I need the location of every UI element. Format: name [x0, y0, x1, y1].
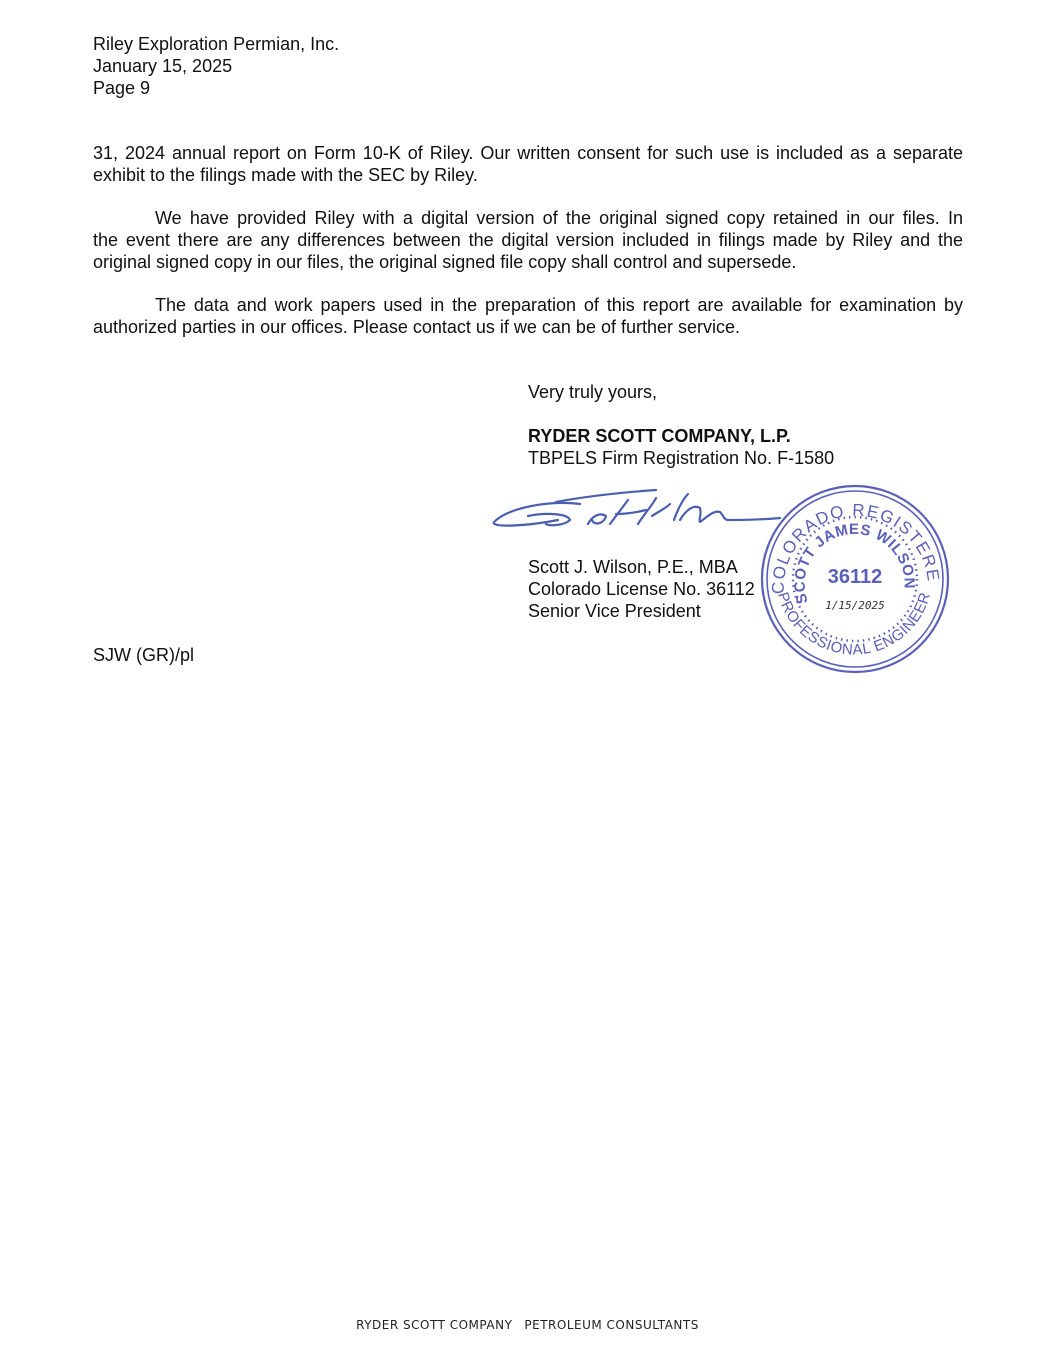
initials-reference: SJW (GR)/pl: [93, 644, 194, 666]
paragraph-line: The data and work papers used in the pre…: [93, 294, 963, 316]
footer-tagline: PETROLEUM CONSULTANTS: [524, 1318, 698, 1332]
paragraph-line: original signed copy in our files, the o…: [93, 251, 963, 273]
paragraph-line: 31, 2024 annual report on Form 10-K of R…: [93, 142, 963, 164]
letter-date: January 15, 2025: [93, 55, 232, 77]
firm-registration: TBPELS Firm Registration No. F-1580: [528, 447, 834, 469]
recipient-name: Riley Exploration Permian, Inc.: [93, 33, 339, 55]
signer-title: Senior Vice President: [528, 600, 701, 622]
seal-license-number: 36112: [828, 566, 883, 588]
signer-name: Scott J. Wilson, P.E., MBA: [528, 556, 738, 578]
page-number: Page 9: [93, 77, 150, 99]
license-number: Colorado License No. 36112: [528, 578, 755, 600]
seal-date: 1/15/2025: [825, 599, 885, 612]
paragraph-3: The data and work papers used in the pre…: [93, 294, 963, 338]
page-footer: RYDER SCOTT COMPANYPETROLEUM CONSULTANTS: [0, 1318, 1055, 1332]
footer-company: RYDER SCOTT COMPANY: [356, 1318, 512, 1332]
paragraph-line: exhibit to the filings made with the SEC…: [93, 164, 963, 186]
company-name: RYDER SCOTT COMPANY, L.P.: [528, 425, 791, 447]
closing-salutation: Very truly yours,: [528, 381, 657, 403]
engineer-seal-stamp: COLORADO REGISTERED PROFESSIONAL ENGINEE…: [758, 482, 952, 676]
paragraph-1: 31, 2024 annual report on Form 10-K of R…: [93, 142, 963, 186]
paragraph-line: authorized parties in our offices. Pleas…: [93, 316, 963, 338]
paragraph-2: We have provided Riley with a digital ve…: [93, 207, 963, 273]
signature-image: [488, 486, 788, 536]
paragraph-line: the event there are any differences betw…: [93, 229, 963, 251]
paragraph-line: We have provided Riley with a digital ve…: [93, 207, 963, 229]
